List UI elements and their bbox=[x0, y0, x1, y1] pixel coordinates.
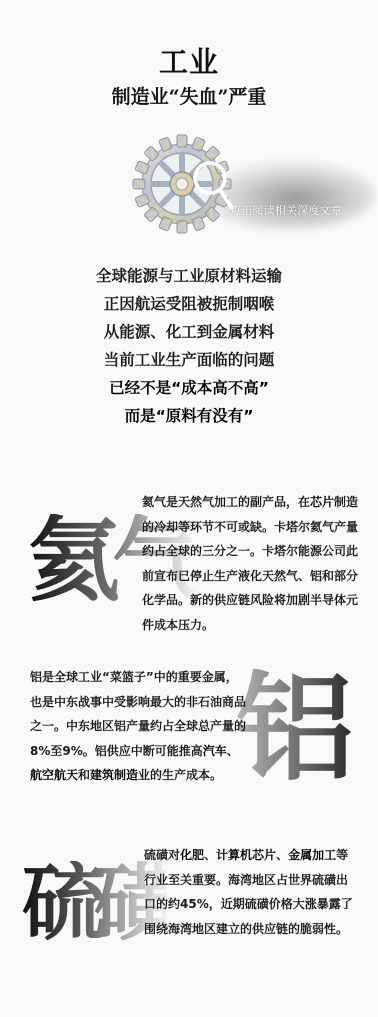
section-sulfur: 硫磺 硫磺对化肥、计算机芯片、金属加工等行业至关重要。海湾地区占世界硫磺出口的约… bbox=[0, 843, 378, 983]
page-subtitle: 制造业“失血”严重 bbox=[0, 82, 378, 109]
related-article-label[interactable]: 点击阅读相关深度文章 bbox=[230, 202, 342, 218]
decorative-big-char-aluminium: 铝 bbox=[236, 669, 354, 787]
intro-text: 全球能源与工业原材料运输 正因航运受阻被扼制咽喉 从能源、化工到金属材料 当前工… bbox=[0, 262, 378, 430]
related-article-link[interactable]: 点击阅读相关深度文章 bbox=[130, 130, 378, 245]
section-paragraph: 氦气是天然气加工的副产品，在芯片制造的冷却等环节不可或缺。卡塔尔氦气产量约占全球… bbox=[142, 490, 362, 637]
intro-line: 从能源、化工到金属材料 bbox=[0, 318, 378, 346]
section-paragraph: 硫磺对化肥、计算机芯片、金属加工等行业至关重要。海湾地区占世界硫磺出口的约45%… bbox=[144, 843, 359, 941]
intro-line: 正因航运受阻被扼制咽喉 bbox=[0, 290, 378, 318]
section-paragraph: 铝是全球工业“菜篮子”中的重要金属，也是中东战事中受影响最大的非石油商品之一。中… bbox=[30, 665, 248, 788]
section-aluminium: 铝 铝是全球工业“菜篮子”中的重要金属，也是中东战事中受影响最大的非石油商品之一… bbox=[0, 665, 378, 830]
intro-line-emphasis: 已经不是“成本高不高” bbox=[0, 374, 378, 402]
intro-line-emphasis: 而是“原料有没有” bbox=[0, 402, 378, 430]
intro-line: 当前工业生产面临的问题 bbox=[0, 346, 378, 374]
page-title: 工业 bbox=[0, 40, 378, 81]
section-helium: 氦气 氦气是天然气加工的副产品，在芯片制造的冷却等环节不可或缺。卡塔尔氦气产量约… bbox=[0, 490, 378, 640]
intro-line: 全球能源与工业原材料运输 bbox=[0, 262, 378, 290]
